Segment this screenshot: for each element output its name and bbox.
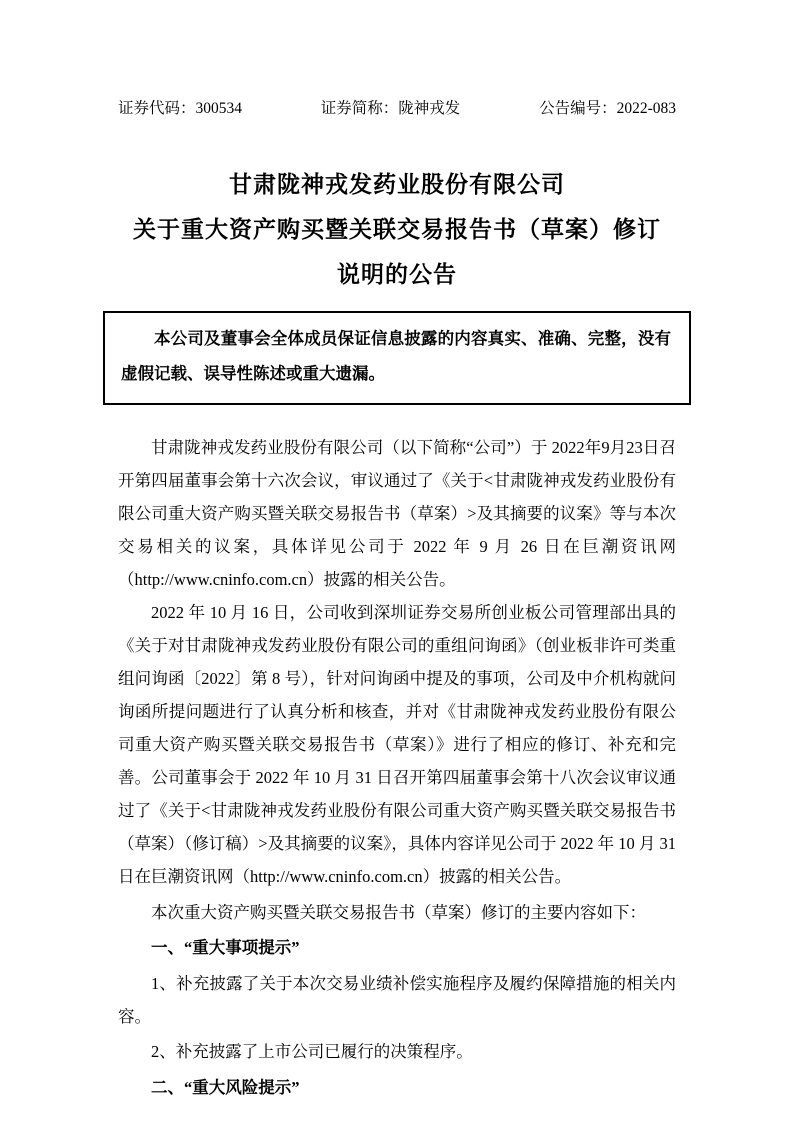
section-heading-major-risks: 二、“重大风险提示” xyxy=(118,1071,676,1104)
section-heading-major-events: 一、“重大事项提示” xyxy=(118,931,676,964)
stock-short-name: 证券简称：陇神戎发 xyxy=(321,98,461,120)
title-line-suffix: 说明的公告 xyxy=(118,252,676,297)
disclaimer-box: 本公司及董事会全体成员保证信息披露的内容真实、准确、完整，没有虚假记载、误导性陈… xyxy=(103,311,691,405)
document-body: 甘肃陇神戎发药业股份有限公司（以下简称“公司”）于 2022年9月23日召开第四… xyxy=(118,431,676,1104)
paragraph-inquiry-letter: 2022 年 10 月 16 日，公司收到深圳证券交易所创业板公司管理部出具的《… xyxy=(118,596,676,893)
stock-code: 证券代码：300534 xyxy=(118,98,242,120)
list-item-1: 1、补充披露了关于本次交易业绩补偿实施程序及履约保障措施的相关内容。 xyxy=(118,967,676,1033)
list-item-2: 2、补充披露了上市公司已履行的决策程序。 xyxy=(118,1035,676,1068)
announcement-page: 证券代码：300534 证券简称：陇神戎发 公告编号：2022-083 甘肃陇神… xyxy=(0,0,793,1122)
title-line-company: 甘肃陇神戎发药业股份有限公司 xyxy=(118,162,676,207)
title-line-subject: 关于重大资产购买暨关联交易报告书（草案）修订 xyxy=(118,207,676,252)
document-title: 甘肃陇神戎发药业股份有限公司 关于重大资产购买暨关联交易报告书（草案）修订 说明… xyxy=(118,162,676,297)
document-meta-row: 证券代码：300534 证券简称：陇神戎发 公告编号：2022-083 xyxy=(118,98,676,120)
disclaimer-text: 本公司及董事会全体成员保证信息披露的内容真实、准确、完整，没有虚假记载、误导性陈… xyxy=(121,321,671,391)
announcement-number: 公告编号：2022-083 xyxy=(539,98,676,120)
paragraph-board-meeting: 甘肃陇神戎发药业股份有限公司（以下简称“公司”）于 2022年9月23日召开第四… xyxy=(118,431,676,596)
paragraph-revision-intro: 本次重大资产购买暨关联交易报告书（草案）修订的主要内容如下： xyxy=(118,896,676,929)
